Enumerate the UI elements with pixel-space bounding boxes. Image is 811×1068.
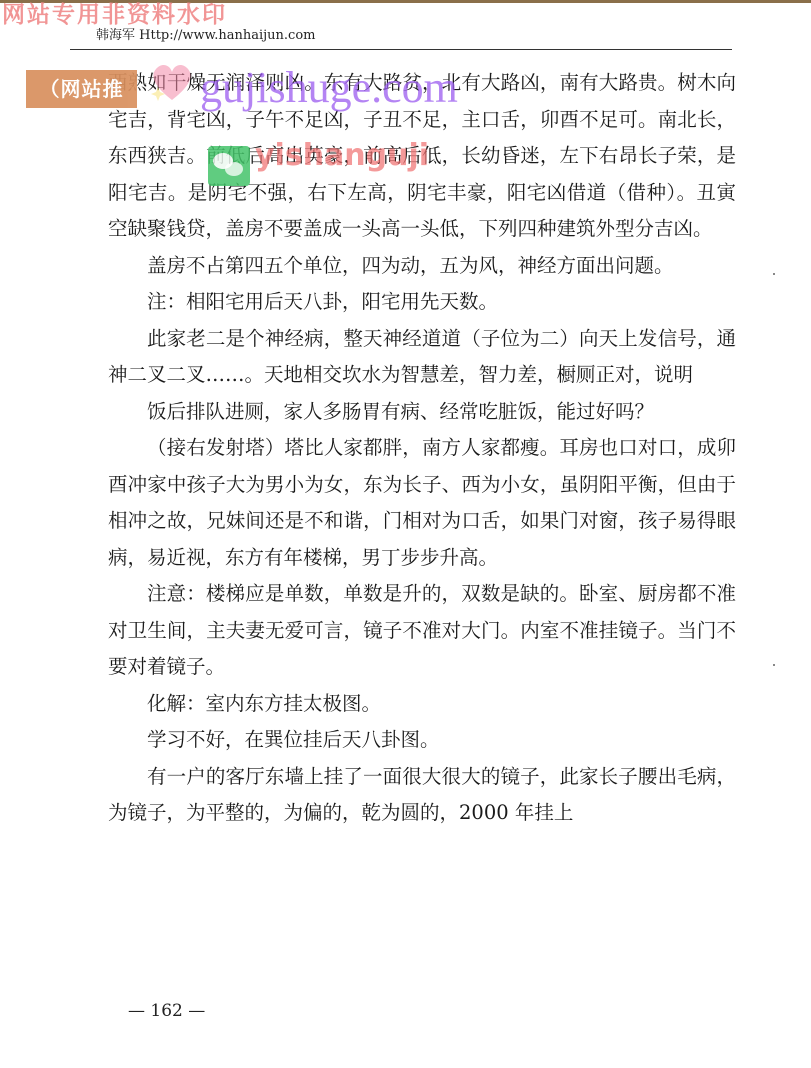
paragraph: 注：相阳宅用后天八卦，阳宅用先天数。 [108,284,736,321]
paragraph: 注意：楼梯应是单数，单数是升的，双数是缺的。卧室、厨房都不准对卫生间，主夫妻无爱… [108,576,736,686]
page-body: 西熟如干燥无润泽则凶。东有大路贫，北有大路凶，南有大路贵。树木向宅吉，背宅凶，子… [108,65,736,832]
paragraph: 化解：室内东方挂太极图。 [108,686,736,723]
paragraph: 饭后排队进厕，家人多肠胃有病、经常吃脏饭，能过好吗？ [108,394,736,431]
paragraph: 有一户的客厅东墙上挂了一面很大很大的镜子，此家长子腰出毛病，为镜子，为平整的，为… [108,759,736,832]
scan-speck [773,273,775,275]
recommend-watermark: （网站推荐） [26,70,137,108]
page-number: — 162 — [128,1001,205,1021]
gujishuge-watermark: gujishuge.com [200,66,458,110]
heart-icon [150,62,194,102]
header-rule [70,49,732,50]
scan-speck [773,664,775,666]
paragraph: 盖房不占第四五个单位，四为动，五为风，神经方面出问题。 [108,248,736,285]
yishanguji-watermark: yishanguji [255,140,429,172]
running-head: 韩海军 Http://www.hanhaijun.com [96,24,315,43]
paragraph: （接右发射塔）塔比人家都胖，南方人家都瘦。耳房也口对口，成卯酉冲家中孩子大为男小… [108,430,736,576]
paragraph: 学习不好，在巽位挂后天八卦图。 [108,722,736,759]
paragraph: 此家老二是个神经病，整天神经道道（子位为二）向天上发信号，通神二叉二叉……。天地… [108,321,736,394]
wechat-icon [208,146,250,186]
